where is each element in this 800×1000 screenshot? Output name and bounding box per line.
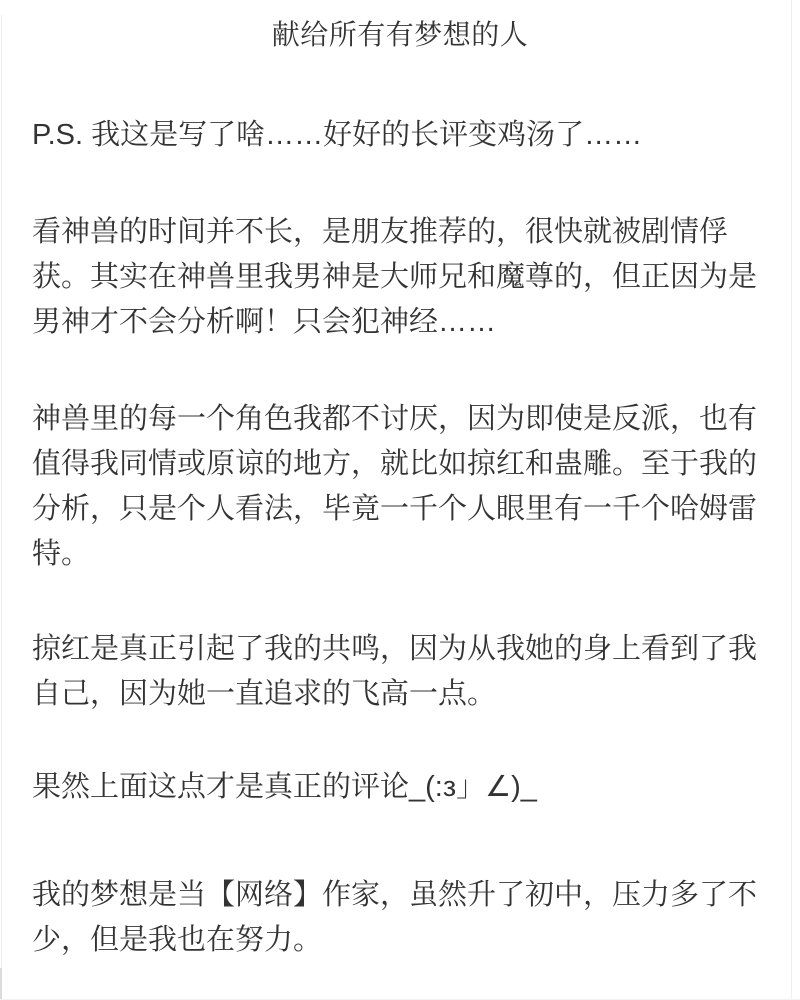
page-left-edge-line [1,15,2,1000]
page-right-edge-line [791,0,792,1000]
page-left-edge-mark [0,968,2,1000]
article-page: 献给所有有梦想的人 P.S. 我这是写了啥……好好的长评变鸡汤了…… 看神兽的时… [0,0,800,1000]
paragraph-watching-show: 看神兽的时间并不长，是朋友推荐的，很快就被剧情俘获。其实在神兽里我男神是大师兄和… [32,210,772,345]
paragraph-roles-opinion: 神兽里的每一个角色我都不讨厌，因为即使是反派，也有值得我同情或原谅的地方，就比如… [32,397,772,577]
article-title: 献给所有有梦想的人 [0,20,800,50]
paragraph-luehong-resonance: 掠红是真正引起了我的共鸣，因为从我她的身上看到了我自己，因为她一直追求的飞高一点… [32,627,772,717]
paragraph-ps-note: P.S. 我这是写了啥……好好的长评变鸡汤了…… [32,113,772,158]
paragraph-dream-writer: 我的梦想是当【网络】作家，虽然升了初中，压力多了不少，但是我也在努力。 [32,873,772,963]
paragraph-real-comment-kaomoji: 果然上面这点才是真正的评论_(:з」∠)_ [32,765,772,810]
